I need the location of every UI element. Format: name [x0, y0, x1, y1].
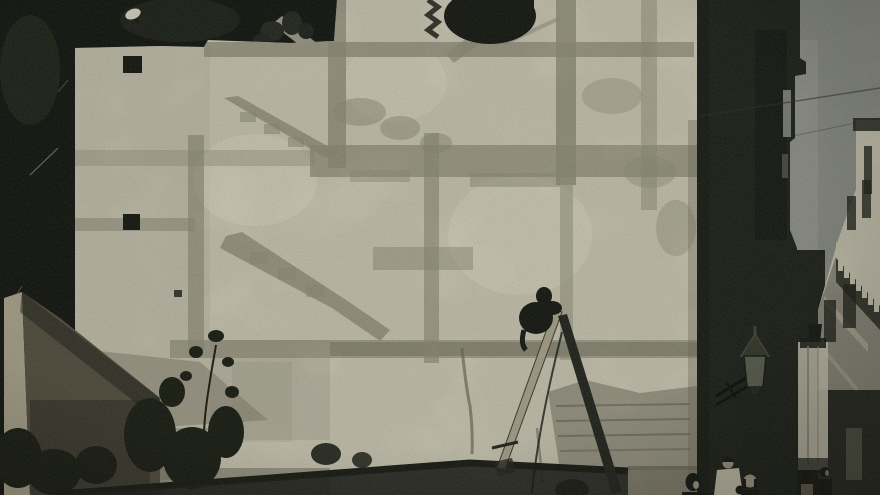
vignette [0, 0, 880, 495]
photo [0, 0, 880, 495]
film-grain [0, 0, 880, 495]
